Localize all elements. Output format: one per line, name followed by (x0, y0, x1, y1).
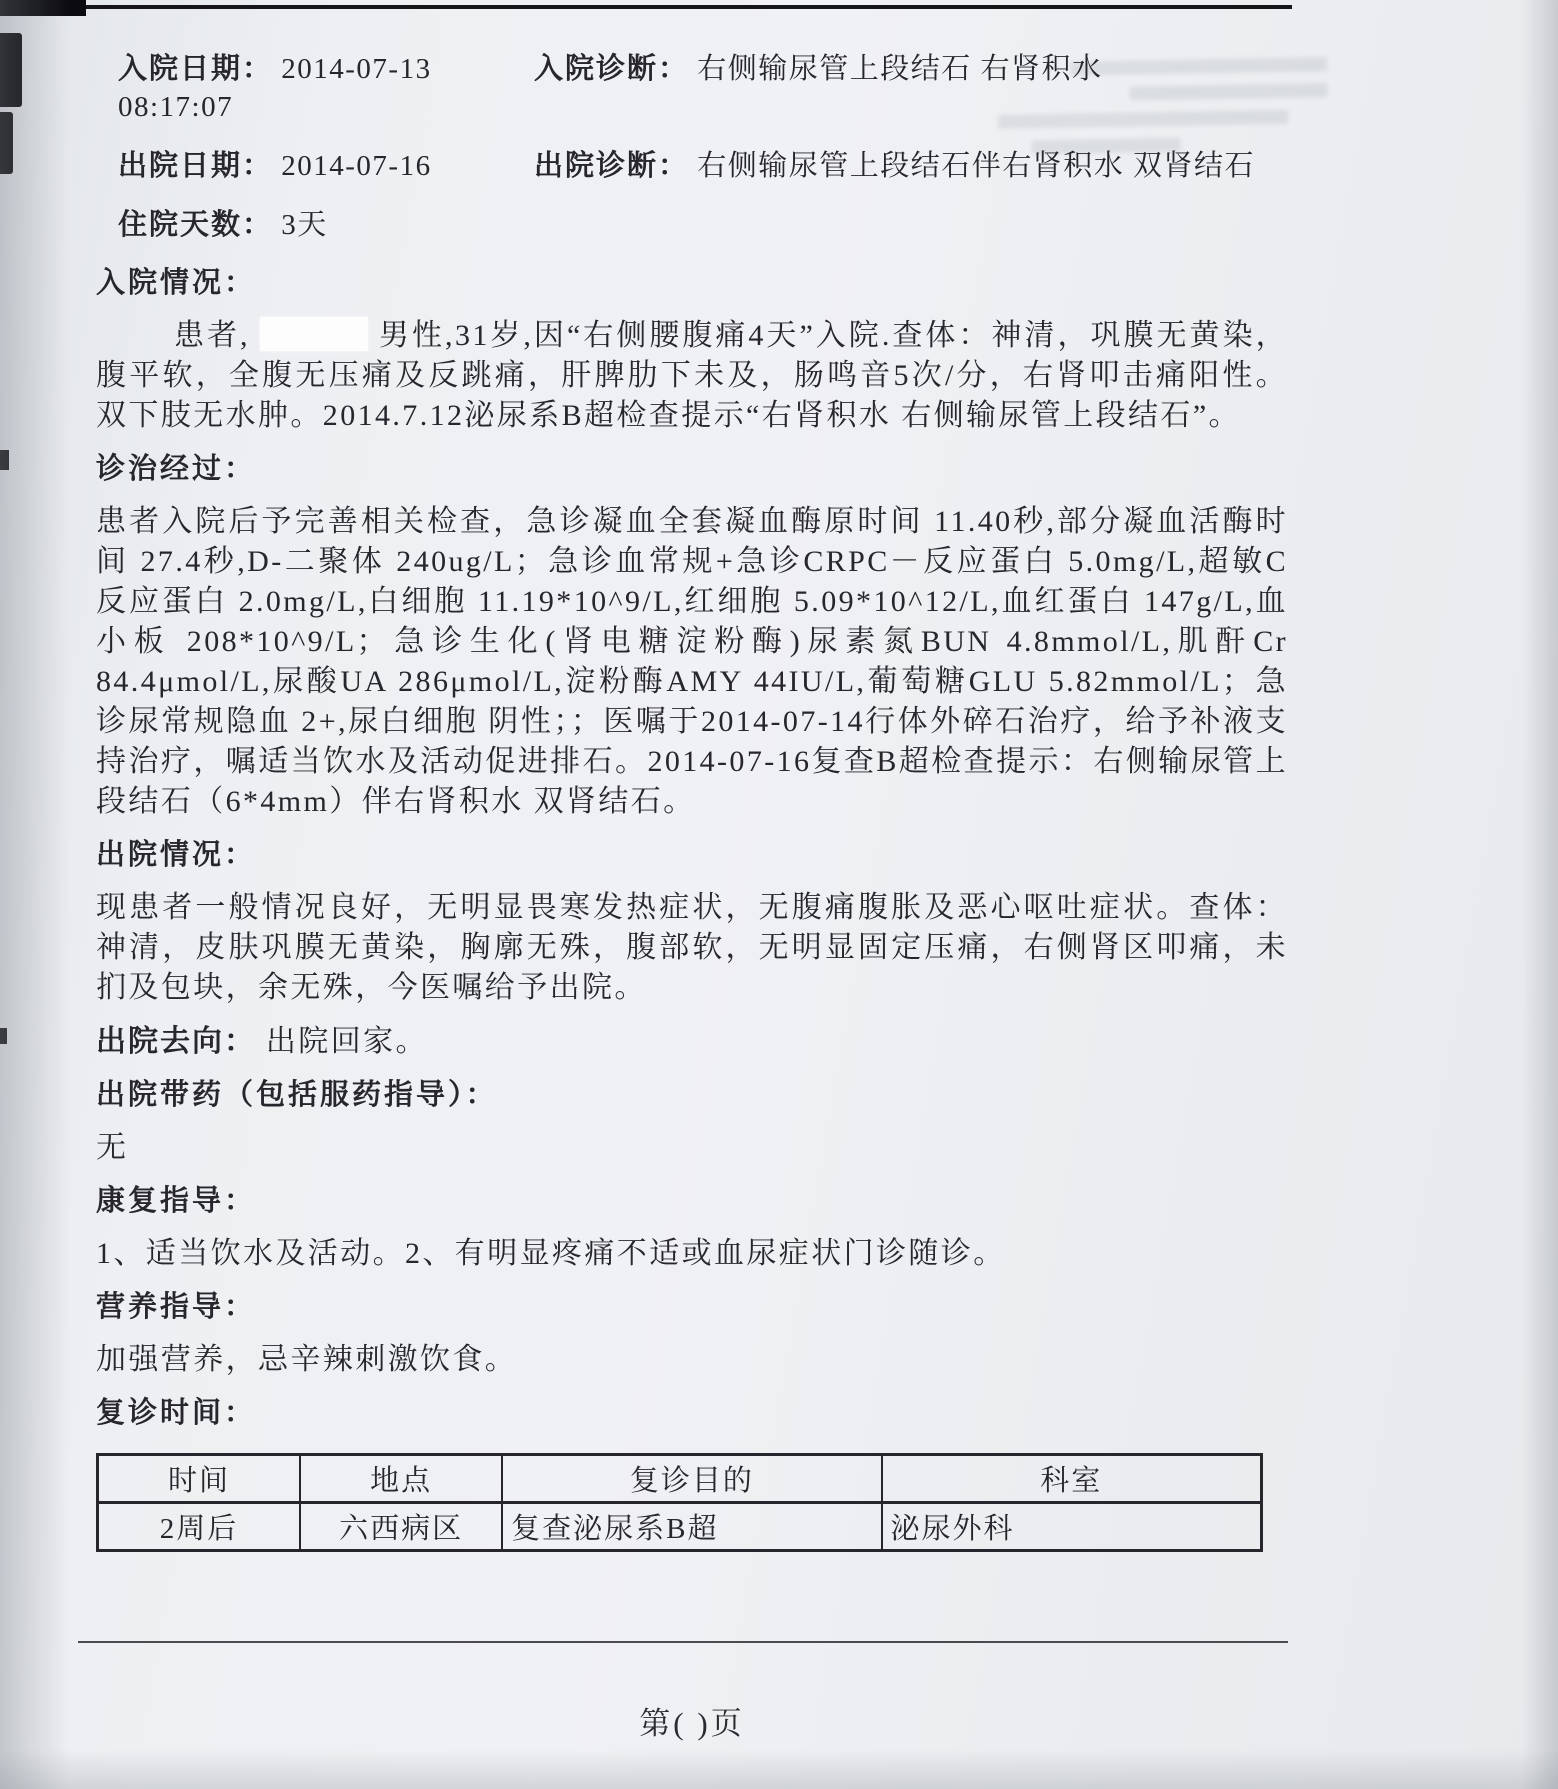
nutrition-guidance-paragraph: 加强营养，忌辛辣刺激饮食。 (96, 1340, 1288, 1380)
discharge-date-value: 2014-07-16 (281, 150, 431, 182)
section-title-nutrition-guidance: 营养指导： (96, 1289, 1288, 1325)
treatment-course-paragraph: 患者入院后予完善相关检查，急诊凝血全套凝血酶原时间 11.40秒,部分凝血活酶时… (96, 502, 1288, 822)
section-title-rehab-guidance: 康复指导： (96, 1183, 1288, 1219)
followup-cell-time: 2周后 (98, 1503, 301, 1551)
scanned-discharge-summary-page: 入院日期： 2014-07-13 08:17:07 入院诊断： 右侧输尿管上段结… (0, 0, 1558, 1789)
paper-edge-shading (0, 1749, 1558, 1789)
scan-artifact-corner (0, 0, 86, 16)
discharge-meds-value: 无 (96, 1128, 1288, 1168)
header-row-discharge: 出院日期： 2014-07-16 出院诊断： 右侧输尿管上段结石伴右肾积水 双肾… (96, 147, 1288, 185)
discharge-date-label: 出院日期： (118, 150, 273, 182)
section-title-admission-condition: 入院情况： (96, 265, 1288, 301)
section-title-discharge-condition: 出院情况： (96, 837, 1288, 873)
followup-header-purpose: 复诊目的 (502, 1455, 881, 1503)
footer-page-number: 第( )页 (96, 1698, 1288, 1743)
scan-artifact-left-mark (0, 33, 22, 107)
paper-edge-shading (1522, 0, 1558, 1789)
discharge-diagnosis-value: 右侧输尿管上段结石伴右肾积水 双肾结石 (697, 150, 1255, 182)
admission-condition-paragraph: 患者, 男性,31岁,因“右侧腰腹痛4天”入院.查体：神清，巩膜无黄染，腹平软，… (96, 316, 1288, 436)
header-row-stay: 住院天数： 3天 (96, 206, 1288, 244)
followup-header-time: 时间 (98, 1455, 301, 1503)
top-border-line (74, 5, 1292, 9)
followup-table: 时间 地点 复诊目的 科室 2周后 六西病区 复查泌尿系B超 泌尿外科 (96, 1453, 1263, 1552)
rehab-guidance-paragraph: 1、适当饮水及活动。2、有明显疼痛不适或血尿症状门诊随诊。 (96, 1234, 1288, 1274)
discharge-destination-label: 出院去向： (96, 1025, 256, 1058)
followup-cell-department: 泌尿外科 (882, 1503, 1262, 1551)
admission-text-before-redaction: 患者, (174, 319, 250, 352)
scan-artifact-left-mark (0, 1028, 7, 1044)
section-title-discharge-meds: 出院带药（包括服药指导）： (96, 1077, 1288, 1113)
followup-cell-purpose: 复查泌尿系B超 (502, 1503, 881, 1551)
stay-days-label: 住院天数： (118, 209, 273, 241)
stay-days-value: 3天 (281, 209, 328, 241)
followup-cell-place: 六西病区 (300, 1503, 502, 1551)
followup-header-department: 科室 (882, 1455, 1262, 1503)
admit-date-label: 入院日期： (118, 53, 273, 85)
scan-artifact-left-mark (0, 112, 13, 174)
discharge-destination-value: 出院回家。 (266, 1025, 428, 1058)
paper-edge-shading (0, 0, 70, 1789)
followup-table-data-row: 2周后 六西病区 复查泌尿系B超 泌尿外科 (98, 1503, 1262, 1551)
section-title-treatment-course: 诊治经过： (96, 451, 1288, 487)
discharge-diagnosis-label: 出院诊断： (534, 150, 689, 182)
document-content: 入院日期： 2014-07-13 08:17:07 入院诊断： 右侧输尿管上段结… (96, 50, 1288, 1552)
section-title-followup-time: 复诊时间： (96, 1395, 1288, 1431)
discharge-condition-paragraph: 现患者一般情况良好，无明显畏寒发热症状，无腹痛腹胀及恶心呕吐症状。查体：神清，皮… (96, 888, 1288, 1008)
bottom-separator-line (78, 1641, 1288, 1643)
patient-name-redaction-box (260, 317, 368, 351)
header-row-admission: 入院日期： 2014-07-13 08:17:07 入院诊断： 右侧输尿管上段结… (96, 50, 1288, 126)
followup-table-header-row: 时间 地点 复诊目的 科室 (98, 1455, 1262, 1503)
admit-diagnosis-label: 入院诊断： (534, 53, 689, 85)
discharge-destination-line: 出院去向： 出院回家。 (96, 1022, 1288, 1062)
admit-diagnosis-value: 右侧输尿管上段结石 右肾积水 (697, 53, 1102, 85)
scan-artifact-left-mark (0, 450, 9, 470)
followup-header-place: 地点 (300, 1455, 502, 1503)
